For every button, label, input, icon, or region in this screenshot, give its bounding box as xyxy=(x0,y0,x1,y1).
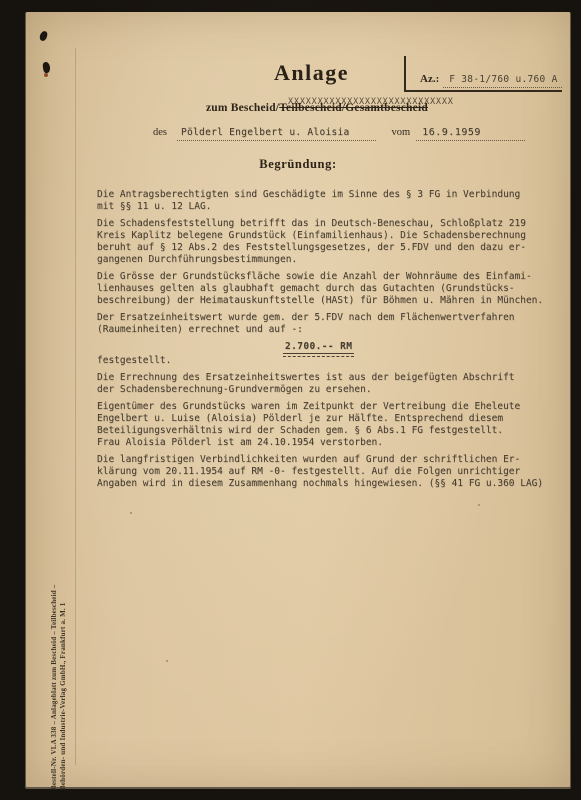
text-line: lienhauses gelten als glaubhaft gemacht … xyxy=(97,283,559,295)
text-line: Die Schadensfeststellung betrifft das in… xyxy=(97,218,559,230)
page-title: Anlage xyxy=(274,60,349,86)
subtitle-prefix: zum Bescheid/ xyxy=(206,102,279,114)
decision-date: 16.9.1959 xyxy=(416,127,525,141)
text-line: (Raumeinheiten) errechnet und auf -: xyxy=(97,324,559,336)
subtitle: zum Bescheid/Teilbescheid/Gesamtbescheid… xyxy=(206,102,428,114)
photo-background: Anlage Az.: F 38-1/760 u.760 A zum Besch… xyxy=(0,0,581,800)
paper-speck xyxy=(130,512,132,514)
text-line: beschreibung) der Heimatauskunftstelle (… xyxy=(97,295,559,307)
applicant-name: Pölderl Engelbert u. Aloisia xyxy=(177,127,376,141)
text-line: mit §§ 11 u. 12 LAG. xyxy=(97,201,559,213)
file-number-box: Az.: F 38-1/760 u.760 A xyxy=(404,56,562,92)
paragraph: Die Errechnung des Ersatzeinheitswertes … xyxy=(97,372,559,396)
text-line: gangenen Durchführungsbestimmungen. xyxy=(97,254,559,266)
vom-label: vom xyxy=(392,127,411,138)
text-line: festgestellt. xyxy=(97,355,171,366)
document-page: Anlage Az.: F 38-1/760 u.760 A zum Besch… xyxy=(26,12,570,787)
text-line: Die Grösse der Grundstücksfläche sowie d… xyxy=(97,271,559,283)
file-number-value: F 38-1/760 u.760 A xyxy=(443,74,561,88)
imprint-vertical: Bestell-Nr. VLA 338 – Anlageblatt zum Be… xyxy=(50,528,67,790)
text-line: Angaben wird in diesem Zusammenhang noch… xyxy=(97,478,559,490)
red-speck xyxy=(44,73,48,77)
replacement-unit-value: 2.700.-- RM xyxy=(283,341,354,354)
body-text: Die Antragsberechtigten sind Geschädigte… xyxy=(97,189,559,495)
paragraph: Die Antragsberechtigten sind Geschädigte… xyxy=(97,189,559,213)
paragraph: Der Ersatzeinheitswert wurde gem. der 5.… xyxy=(97,312,559,336)
text-line: Die langfristigen Verbindlichkeiten wurd… xyxy=(97,454,559,466)
left-margin-rule xyxy=(75,48,76,765)
paper-speck xyxy=(166,660,168,662)
text-line: Eigentümer des Grundstücks waren im Zeit… xyxy=(97,401,559,413)
section-heading: Begründung: xyxy=(26,157,570,172)
text-line: der Schadensberechnung-Grundvermögen zu … xyxy=(97,384,559,396)
text-line: klärung vom 20.11.1954 auf RM -0- festge… xyxy=(97,466,559,478)
amount-row: 2.700.-- RM xyxy=(283,341,559,353)
text-line: Beteiligungsverhältnis wird der Schaden … xyxy=(97,425,559,437)
typed-strike-overlay: XXXXXXXXXXXXXXXXXXXXXXXXXXXX xyxy=(288,97,454,107)
paragraph: Die langfristigen Verbindlichkeiten wurd… xyxy=(97,454,559,490)
text-line: Kreis Kaplitz belegene Grundstück (Einfa… xyxy=(97,230,559,242)
text-line: Der Ersatzeinheitswert wurde gem. der 5.… xyxy=(97,312,559,324)
paragraph: Eigentümer des Grundstücks waren im Zeit… xyxy=(97,401,559,449)
paragraph: Die Grösse der Grundstücksfläche sowie d… xyxy=(97,271,559,307)
text-line: Die Antragsberechtigten sind Geschädigte… xyxy=(97,189,559,201)
imprint-line-1: Bestell-Nr. VLA 338 – Anlageblatt zum Be… xyxy=(50,528,59,790)
staple-hole-mark xyxy=(42,61,51,73)
imprint-line-2: Behörden- und Industrie-Verlag GmbH., Fr… xyxy=(59,528,68,790)
paragraph: Die Schadensfeststellung betrifft das in… xyxy=(97,218,559,266)
file-number-label: Az.: xyxy=(420,73,439,85)
des-label: des xyxy=(153,127,167,138)
paper-speck xyxy=(478,504,480,506)
text-line: beruht auf § 12 Abs.2 des Feststellungsg… xyxy=(97,242,559,254)
applicant-row: des Pölderl Engelbert u. Aloisia vom 16.… xyxy=(153,122,525,140)
text-line: Die Errechnung des Ersatzeinheitswertes … xyxy=(97,372,559,384)
text-line: Engelbert u. Luise (Aloisia) Pölderl je … xyxy=(97,413,559,425)
staple-hole-mark xyxy=(39,30,48,41)
text-line: Frau Aloisia Pölderl ist am 24.10.1954 v… xyxy=(97,437,559,449)
